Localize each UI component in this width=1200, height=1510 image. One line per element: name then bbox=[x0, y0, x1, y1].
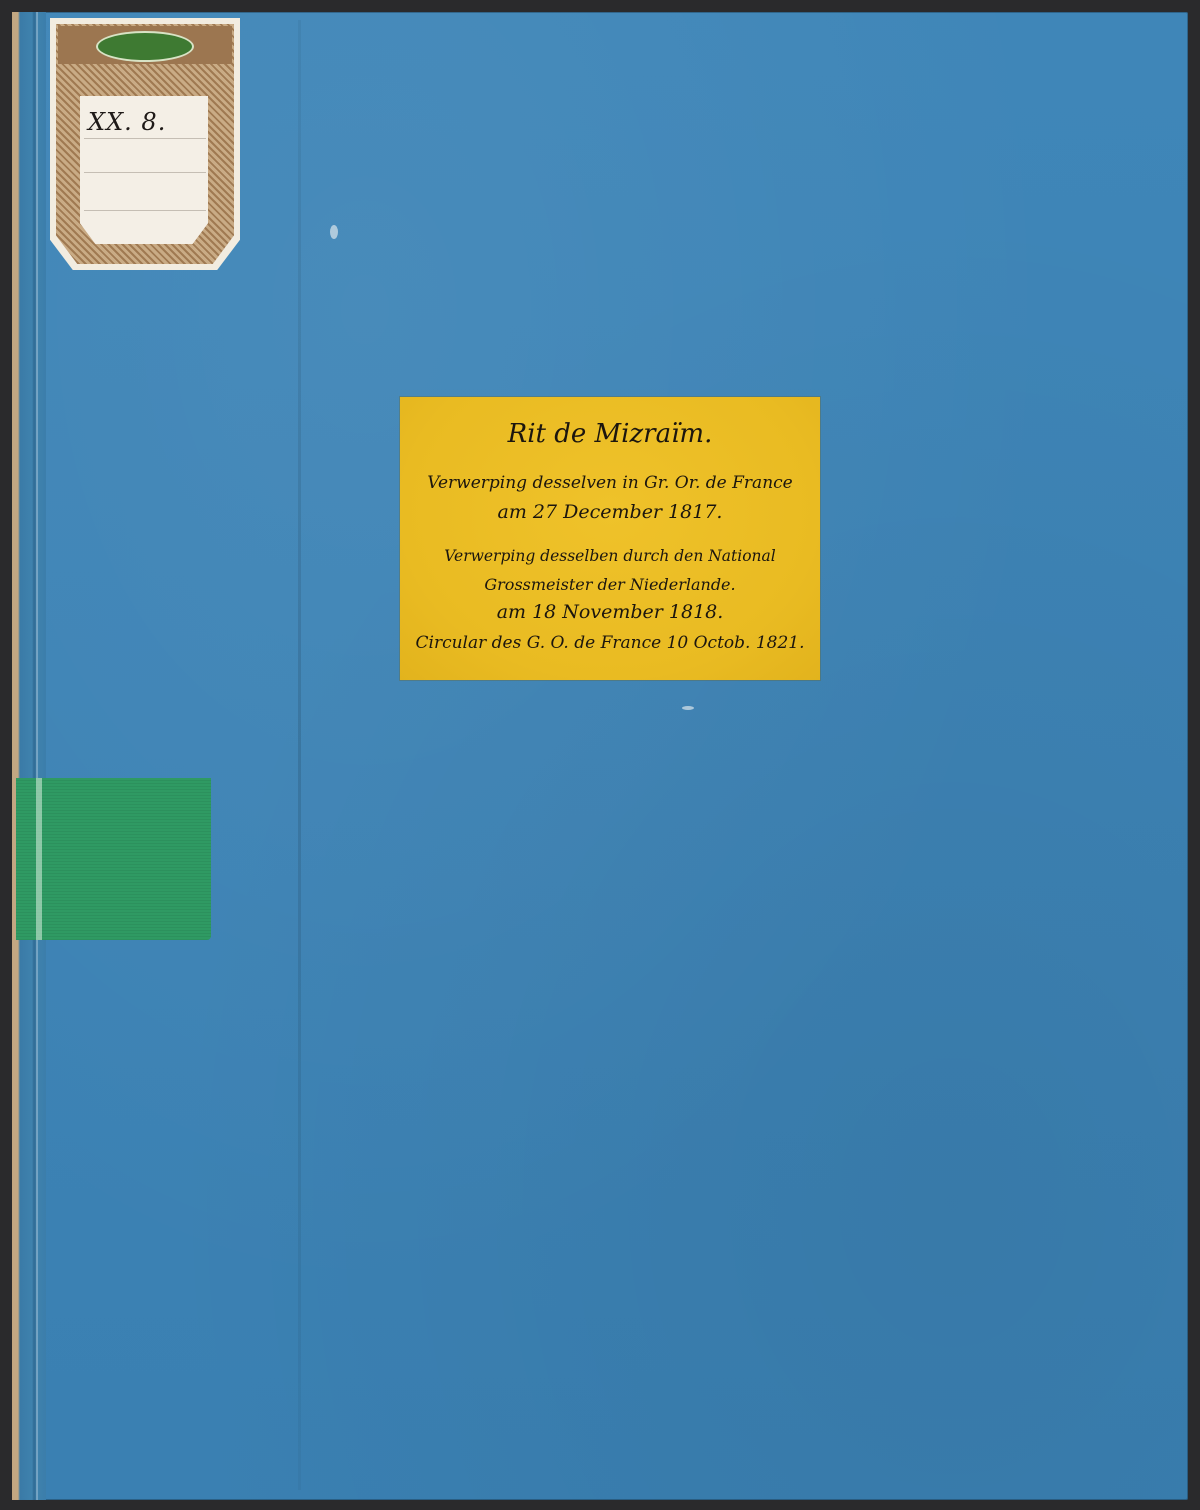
cover-blemish bbox=[682, 706, 694, 710]
spine-patch-worn-edge bbox=[36, 778, 42, 940]
book-spine bbox=[12, 12, 46, 1500]
shelf-label-oval-icon bbox=[98, 33, 192, 60]
shelf-label-ruled-line bbox=[84, 172, 206, 173]
title-line: Verwerping desselben durch den National bbox=[400, 547, 820, 565]
cover-crease bbox=[298, 20, 301, 1490]
title-line-heading: Rit de Mizraïm. bbox=[400, 419, 820, 449]
title-line: am 18 November 1818. bbox=[400, 601, 820, 623]
title-line: am 27 December 1817. bbox=[400, 501, 820, 523]
title-line: Grossmeister der Niederlande. bbox=[400, 575, 820, 594]
title-line: Circular des G. O. de France 10 Octob. 1… bbox=[400, 633, 820, 653]
spine-cloth-patch bbox=[16, 778, 211, 940]
shelf-number: XX. 8. bbox=[88, 108, 206, 136]
title-line: Verwerping desselven in Gr. Or. de Franc… bbox=[400, 473, 820, 493]
shelf-label-ruled-line bbox=[84, 210, 206, 211]
title-label: Rit de Mizraïm. Verwerping desselven in … bbox=[400, 397, 820, 680]
shelf-label-ruled-line bbox=[84, 138, 206, 139]
cover-blemish bbox=[330, 225, 338, 239]
spine-hinge-line bbox=[36, 12, 38, 1500]
